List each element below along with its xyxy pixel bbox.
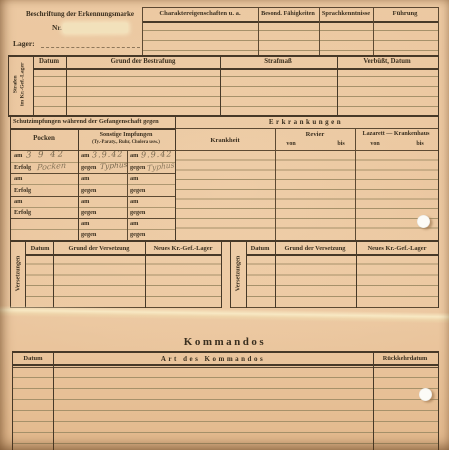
punch-hole bbox=[417, 215, 430, 228]
smallpox-am-label: am bbox=[14, 152, 22, 159]
smallpox-am-label: am bbox=[14, 175, 22, 182]
other-vacc-am-label: am bbox=[130, 198, 138, 205]
vacc-vline bbox=[127, 150, 128, 240]
transfers-vline bbox=[10, 240, 11, 308]
punishments-side-label-line2: im Kr.-Gef.-Lager bbox=[20, 63, 26, 106]
other-vacc-against-label: gegen bbox=[81, 209, 96, 216]
transfers-col-newcamp: Neues Kr.-Gef.-Lager bbox=[154, 245, 213, 252]
punishments-vline bbox=[220, 55, 221, 115]
vacc-row-rule bbox=[10, 229, 175, 230]
traits-col-abilities: Besond. Fähigkeiten bbox=[261, 10, 315, 17]
transfers-col-newcamp: Neues Kr.-Gef.-Lager bbox=[368, 245, 427, 252]
transfers-col-reason: Grund der Versetzung bbox=[285, 245, 346, 252]
other-vacc-against-label: gegen bbox=[130, 231, 145, 238]
vacc-vline bbox=[10, 115, 11, 240]
transfers-vline bbox=[145, 240, 146, 308]
kommandos-vline bbox=[373, 351, 374, 450]
other-vacc-against-label: gegen bbox=[81, 231, 96, 238]
vaccinations-header: Schutzimpfungen während der Gefangenscha… bbox=[13, 118, 159, 125]
kommandos-vline bbox=[53, 351, 54, 450]
transfers-vline bbox=[246, 240, 247, 308]
lager-fill-line bbox=[41, 40, 140, 48]
other-vacc1-date-handwriting: 3.9.42 bbox=[92, 149, 124, 159]
other-vacc-am-label: am bbox=[81, 198, 89, 205]
id-tag-label: Beschriftung der Erkennungsmarke bbox=[26, 10, 134, 18]
vacc-group-rule bbox=[10, 173, 175, 174]
other-vaccinations-col-header: Sonstige Impfungen bbox=[100, 131, 153, 138]
traits-col-conduct: Führung bbox=[393, 10, 418, 17]
other-vacc-am-label: am bbox=[130, 152, 138, 159]
other-vaccinations-col-subheader: (Ty.-Paraty., Ruhr, Cholera usw.) bbox=[92, 140, 160, 145]
other-vacc-am-label: am bbox=[81, 175, 89, 182]
traits-col-character: Charaktereigenschaften u. a. bbox=[159, 10, 240, 17]
smallpox-col-header: Pocken bbox=[33, 134, 55, 142]
nr-label: Nr. bbox=[52, 23, 62, 32]
kommandos-col-date: Datum bbox=[23, 355, 42, 362]
vacc-row-rule bbox=[10, 162, 175, 163]
illnesses-header-rule bbox=[175, 128, 438, 129]
lager-label: Lager: bbox=[13, 39, 35, 48]
transfers-vline bbox=[53, 240, 54, 308]
kommandos-col-type: Art des Kommandos bbox=[161, 355, 265, 363]
illness-vline bbox=[438, 115, 439, 240]
traits-vline bbox=[142, 7, 143, 55]
other-vacc-am-label: am bbox=[130, 220, 138, 227]
other-vacc-am-label: am bbox=[81, 220, 89, 227]
other-vacc-am-label: am bbox=[81, 152, 89, 159]
kommandos-vline bbox=[438, 351, 439, 450]
vacc-row-rule bbox=[10, 207, 175, 208]
hospital-to-label: bis bbox=[416, 141, 423, 147]
transfers-left-side-label: Versetzungen bbox=[15, 242, 22, 306]
kommandos-title: Kommandos bbox=[184, 336, 266, 348]
transfers-right-bottom bbox=[230, 307, 438, 308]
pow-record-card: Beschriftung der Erkennungsmarke Nr. Lag… bbox=[0, 0, 449, 450]
traits-vline bbox=[319, 7, 320, 55]
other-vacc-against-label: gegen bbox=[130, 209, 145, 216]
hospital-col-header: Lazarett — Krankenhaus bbox=[363, 131, 430, 137]
punishments-vline bbox=[438, 55, 439, 115]
other-vacc-against-label: gegen bbox=[81, 164, 96, 171]
illness-empty-rows bbox=[175, 151, 438, 237]
transfers-col-reason: Grund der Versetzung bbox=[69, 245, 130, 252]
vaccinations-top-border bbox=[8, 115, 438, 117]
traits-vline bbox=[258, 7, 259, 55]
transfers-vline bbox=[356, 240, 357, 308]
punishments-col-sentence: Strafmaß bbox=[264, 58, 292, 65]
transfers-right-side-label: Versetzungen bbox=[235, 242, 242, 306]
smallpox-date-handwriting: 3 9 42 bbox=[26, 149, 65, 160]
punishments-col-reason: Grund der Bestrafung bbox=[111, 58, 176, 65]
punishments-empty-rows bbox=[33, 67, 438, 108]
transfers-vline bbox=[221, 240, 222, 308]
vacc-group-rule bbox=[10, 196, 175, 197]
vaccinations-header-rule bbox=[10, 128, 175, 130]
smallpox-am-label: am bbox=[14, 198, 22, 205]
other-vacc-against-label: gegen bbox=[130, 187, 145, 194]
traits-table-top-border bbox=[142, 7, 438, 8]
traits-col-languages: Sprachkenntnisse bbox=[322, 10, 370, 17]
smallpox-result-label: Erfolg bbox=[14, 164, 31, 171]
vacc-vline bbox=[78, 128, 79, 240]
transfers-col-date: Datum bbox=[31, 245, 50, 252]
kommandos-col-return-date: Rückkehrdatum bbox=[383, 355, 427, 362]
punishments-side-label: Strafen im Kr.-Gef.-Lager bbox=[13, 52, 28, 116]
other-vacc2-date-handwriting: 9.9.42 bbox=[141, 149, 173, 159]
kommandos-vline bbox=[12, 351, 13, 450]
sickbay-from-label: von bbox=[286, 141, 295, 147]
punishments-col-date: Datum bbox=[39, 58, 59, 65]
transfers-vline bbox=[438, 240, 439, 308]
paper-fold-crease bbox=[0, 305, 449, 323]
transfers-vline bbox=[230, 240, 231, 308]
illnesses-header: Erkrankungen bbox=[269, 118, 343, 126]
punishments-vline bbox=[66, 55, 67, 115]
punishments-top-border bbox=[8, 55, 438, 57]
punishments-col-served: Verbüßt, Datum bbox=[363, 58, 410, 65]
vacc-row-rule bbox=[10, 184, 175, 185]
sickbay-col-header: Revier bbox=[306, 131, 325, 138]
traits-vline bbox=[373, 7, 374, 55]
illness-col-header: Krankheit bbox=[210, 137, 239, 144]
hospital-from-label: von bbox=[370, 141, 379, 147]
illness-vline bbox=[275, 128, 276, 240]
punishments-side-label-line1: Strafen bbox=[13, 75, 19, 93]
transfers-vline bbox=[275, 240, 276, 308]
smallpox-result-label: Erfolg bbox=[14, 209, 31, 216]
illness-vline bbox=[175, 115, 176, 240]
vaccinations-bottom-border bbox=[10, 240, 438, 242]
smallpox-result-label: Erfolg bbox=[14, 187, 31, 194]
sickbay-to-label: bis bbox=[337, 141, 344, 147]
traits-empty-rows bbox=[142, 21, 438, 52]
punishments-vline bbox=[337, 55, 338, 115]
traits-vline bbox=[438, 7, 439, 55]
transfers-left-empty-rows bbox=[25, 254, 221, 299]
punishments-vline bbox=[33, 55, 34, 115]
illness-vline bbox=[355, 128, 356, 240]
other-vacc-against-label: gegen bbox=[130, 164, 145, 171]
transfers-col-date: Datum bbox=[251, 245, 270, 252]
punishments-vline bbox=[8, 55, 9, 115]
nr-value-smudge bbox=[63, 23, 128, 34]
vacc-group-rule bbox=[10, 218, 175, 219]
punch-hole bbox=[419, 388, 432, 401]
transfers-vline bbox=[25, 240, 26, 308]
other-vacc-against-label: gegen bbox=[81, 187, 96, 194]
other-vacc-am-label: am bbox=[130, 175, 138, 182]
